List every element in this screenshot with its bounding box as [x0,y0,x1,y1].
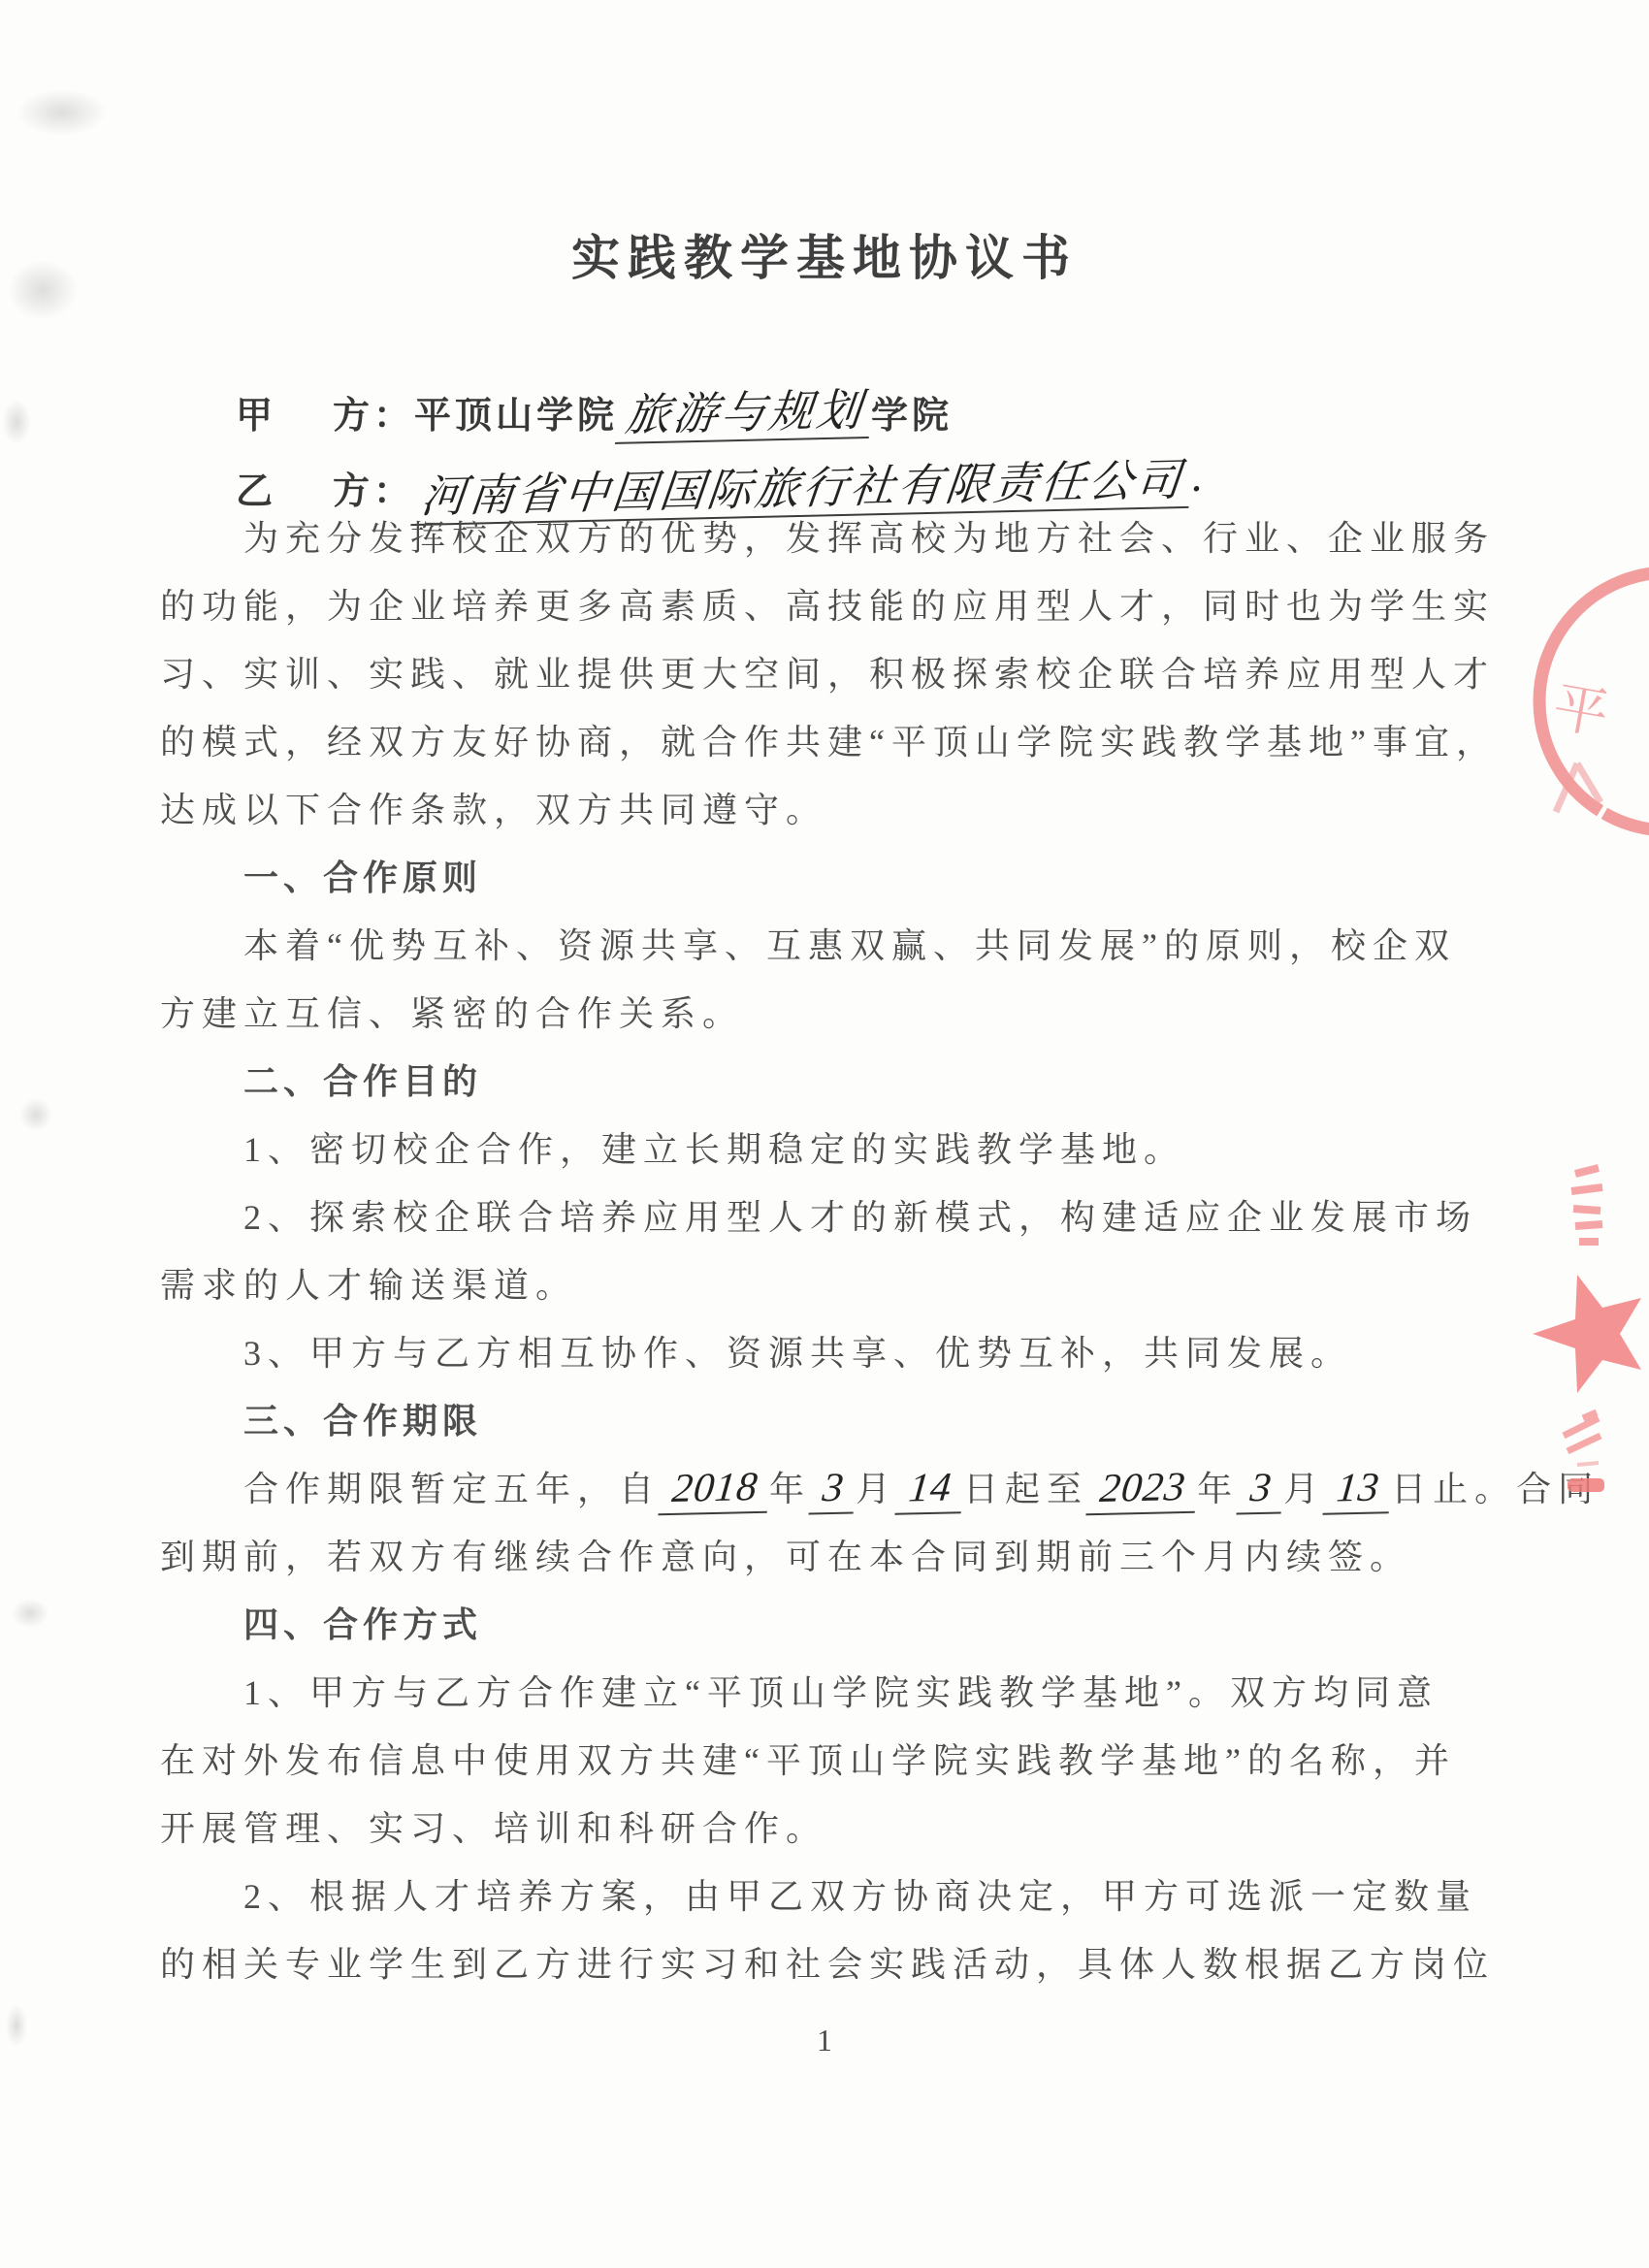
printed-text: 的功能，为企业培养更多高素质、高技能的应用型人才，同时也为学生实 [160,587,1495,626]
handwritten-fill-in: 3 [808,1465,857,1514]
section-heading-3: 三、合作期限 [160,1387,1537,1455]
printed-text: 月 [1283,1470,1325,1508]
text-line: 达成以下合作条款，双方共同遵守。 [160,776,1537,844]
printed-text: 2、探索校企联合培养应用型人才的新模式，构建适应企业发展市场 [243,1198,1477,1237]
text-line: 2、探索校企联合培养应用型人才的新模式，构建适应企业发展市场 [160,1183,1537,1251]
section-heading-4: 四、合作方式 [160,1591,1537,1659]
printed-text: 达成以下合作条款，双方共同遵守。 [160,791,827,829]
handwritten-fill-in: 旅游与规划 [615,386,874,444]
text-line: 开展管理、实习、培训和科研合作。 [160,1795,1537,1863]
text-line: 1、甲方与乙方合作建立“平顶山学院实践教学基地”。双方均同意 [160,1659,1537,1727]
handwritten-fill-in: 14 [894,1465,965,1515]
printed-text: 方建立互信、紧密的合作关系。 [160,994,744,1033]
printed-text: 年 [1197,1470,1239,1508]
printed-text: 月 [856,1470,897,1508]
seal-arc [1539,572,1649,830]
handwritten-fill-in: 2023 [1085,1465,1199,1516]
page-title: 实践教学基地协议书 [0,219,1649,289]
text-line: 方建立互信、紧密的合作关系。 [160,980,1537,1048]
printed-bold-text: 平顶山学院 [414,396,618,437]
printed-bold-text: 甲 [236,396,276,437]
handwritten-fill-in: 2018 [658,1465,771,1516]
handwritten-fill-in: 3 [1237,1465,1286,1514]
text-line: 需求的人才输送渠道。 [160,1251,1537,1319]
printed-text: 在对外发布信息中使用双方共建“平顶山学院实践教学基地”的名称，并 [160,1741,1456,1780]
section-heading-2: 二、合作目的 [160,1048,1537,1116]
printed-text: 3、甲方与乙方相互协作、资源共享、优势互补，共同发展。 [243,1334,1352,1373]
text-line: 的功能，为企业培养更多高素质、高技能的应用型人才，同时也为学生实 [160,572,1537,640]
scan-smudge [2,400,31,444]
scan-smudge [12,1599,48,1628]
text-line: 在对外发布信息中使用双方共建“平顶山学院实践教学基地”的名称，并 [160,1727,1537,1795]
printed-bold-text: 学院 [871,396,953,437]
printed-text: 1、密切校企合作，建立长期稳定的实践教学基地。 [243,1130,1185,1169]
scan-smudge [6,2004,27,2047]
text-line: 2、根据人才培养方案，由甲乙双方协商决定，甲方可选派一定数量 [160,1863,1537,1930]
printed-text: 为充分发挥校企双方的优势，发挥高校为地方社会、行业、企业服务 [243,519,1495,558]
printed-text: 的模式，经双方友好协商，就合作共建“平顶山学院实践教学基地”事宜， [160,723,1498,761]
printed-text: 二、合作目的 [243,1061,482,1101]
term-line: 合作期限暂定五年，自2018年3月14日起至2023年3月13日止。合同 [160,1455,1537,1523]
printed-text: 日起至 [963,1470,1088,1508]
printed-text: 三、合作期限 [243,1401,482,1441]
text-line: 的模式，经双方友好协商，就合作共建“平顶山学院实践教学基地”事宜， [160,708,1537,776]
scanned-agreement-page: 实践教学基地协议书 甲方：平顶山学院旅游与规划学院乙方：河南省中国国际旅行社有限… [0,0,1649,2268]
printed-text: 2、根据人才培养方案，由甲乙双方协商决定，甲方可选派一定数量 [243,1877,1477,1916]
seal-character: 平 [1549,677,1613,746]
printed-text: 年 [769,1470,811,1508]
printed-text: 四、合作方式 [243,1604,482,1644]
text-line: 3、甲方与乙方相互协作、资源共享、优势互补，共同发展。 [160,1319,1537,1387]
printed-text: 日止。合同 [1391,1470,1600,1508]
printed-text: 习、实训、实践、就业提供更大空间，积极探索校企联合培养应用型人才 [160,655,1495,694]
party-a-line: 甲方：平顶山学院旅游与规划学院 [160,378,1537,454]
scan-smudge [19,1098,52,1131]
agreement-body: 为充分发挥校企双方的优势，发挥高校为地方社会、行业、企业服务的功能，为企业培养更… [160,504,1537,1998]
printed-text: 的相关专业学生到乙方进行实习和社会实践活动，具体人数根据乙方岗位 [160,1945,1495,1984]
printed-text: 合作期限暂定五年，自 [243,1470,661,1508]
seal-smear-bottom [1564,1412,1600,1451]
page-number: 1 [0,2023,1649,2058]
printed-text: 本着“优势互补、资源共享、互惠双赢、共同发展”的原则，校企双 [243,926,1456,965]
text-line: 到期前，若双方有继续合作意向，可在本合同到期前三个月内续签。 [160,1523,1537,1591]
seal-smear-top [1571,1168,1602,1242]
printed-bold-text: 方： [333,396,414,437]
seal-partial-stroke [1556,763,1600,812]
text-line: 1、密切校企合作，建立长期稳定的实践教学基地。 [160,1116,1537,1183]
text-line: 的相关专业学生到乙方进行实习和社会实践活动，具体人数根据乙方岗位 [160,1930,1537,1998]
seal-star [1533,1275,1641,1393]
text-line: 习、实训、实践、就业提供更大空间，积极探索校企联合培养应用型人才 [160,640,1537,708]
printed-text: 开展管理、实习、培训和科研合作。 [160,1809,827,1848]
scan-smudge [8,260,78,320]
text-line: 为充分发挥校企双方的优势，发挥高校为地方社会、行业、企业服务 [160,504,1537,572]
section-heading-1: 一、合作原则 [160,844,1537,912]
printed-text: 一、合作原则 [243,858,482,897]
text-line: 本着“优势互补、资源共享、互惠双赢、共同发展”的原则，校企双 [160,912,1537,980]
scan-smudge [17,89,107,136]
printed-text: 1、甲方与乙方合作建立“平顶山学院实践教学基地”。双方均同意 [243,1673,1439,1712]
printed-text: 到期前，若双方有继续合作意向，可在本合同到期前三个月内续签。 [160,1538,1411,1576]
handwritten-fill-in: 13 [1323,1465,1394,1515]
printed-text: 需求的人才输送渠道。 [160,1266,577,1305]
